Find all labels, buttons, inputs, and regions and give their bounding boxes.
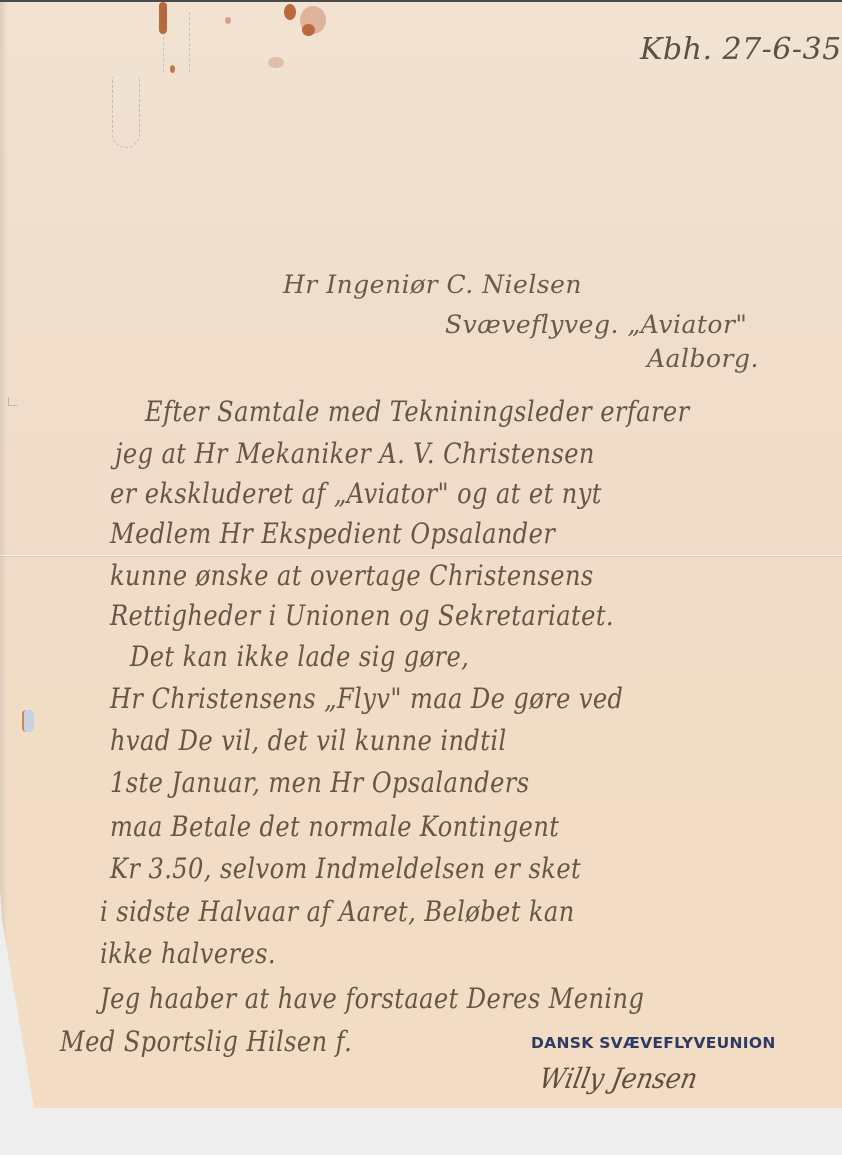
body-line: i sidste Halvaar af Aaret, Beløbet kan [100,895,575,928]
body-line: Det kan ikke lade sig gøre, [130,640,469,673]
body-line: er ekskluderet af „Aviator" og at et nyt [110,477,602,510]
body-line: maa Betale det normale Kontingent [110,810,559,843]
paper-tear [22,710,34,732]
body-line: Kr 3.50, selvom Indmeldelsen er sket [110,852,581,885]
rust-stain [284,4,296,20]
body-line: 1ste Januar, men Hr Opsalanders [110,766,530,799]
organization-stamp: DANSK SVÆVEFLYVEUNION [531,1034,776,1052]
rust-stain [170,65,175,73]
body-line: Medlem Hr Ekspedient Opsalander [110,517,555,550]
paper-crease [8,397,17,406]
body-line: hvad De vil, det vil kunne indtil [110,724,507,757]
body-line: Jeg haaber at have forstaaet Deres Menin… [100,982,644,1015]
recipient-name: Hr Ingeniør C. Nielsen [283,270,582,299]
paper-fold-line [0,555,842,556]
scanner-top-edge [0,0,842,2]
recipient-club: Svæveflyveg. „Aviator" [445,310,747,339]
signature: Willy Jensen [537,1062,701,1095]
letter-paper: Kbh. 27-6-35 Hr Ingeniør C. Nielsen Svæv… [0,2,842,1108]
rust-stain [302,24,315,36]
scanned-letter: Kbh. 27-6-35 Hr Ingeniør C. Nielsen Svæv… [0,0,842,1155]
body-line: jeg at Hr Mekaniker A. V. Christensen [115,437,595,470]
place-date: Kbh. 27-6-35 [640,32,842,67]
paperclip-impression [112,77,140,148]
pencil-mark [163,32,164,72]
rust-stain [159,2,167,34]
closing-line: Med Sportslig Hilsen f. [60,1025,352,1058]
body-line: ikke halveres. [100,937,276,970]
pencil-mark [189,12,190,72]
rust-stain [225,17,231,24]
body-line: Rettigheder i Unionen og Sekretariatet. [110,599,614,632]
water-stain [268,57,284,68]
body-line: Efter Samtale med Tekniningsleder erfare… [145,395,690,428]
body-line: Hr Christensens „Flyv" maa De gøre ved [110,682,623,715]
recipient-city: Aalborg. [647,344,759,373]
body-line: kunne ønske at overtage Christensens [110,559,594,592]
